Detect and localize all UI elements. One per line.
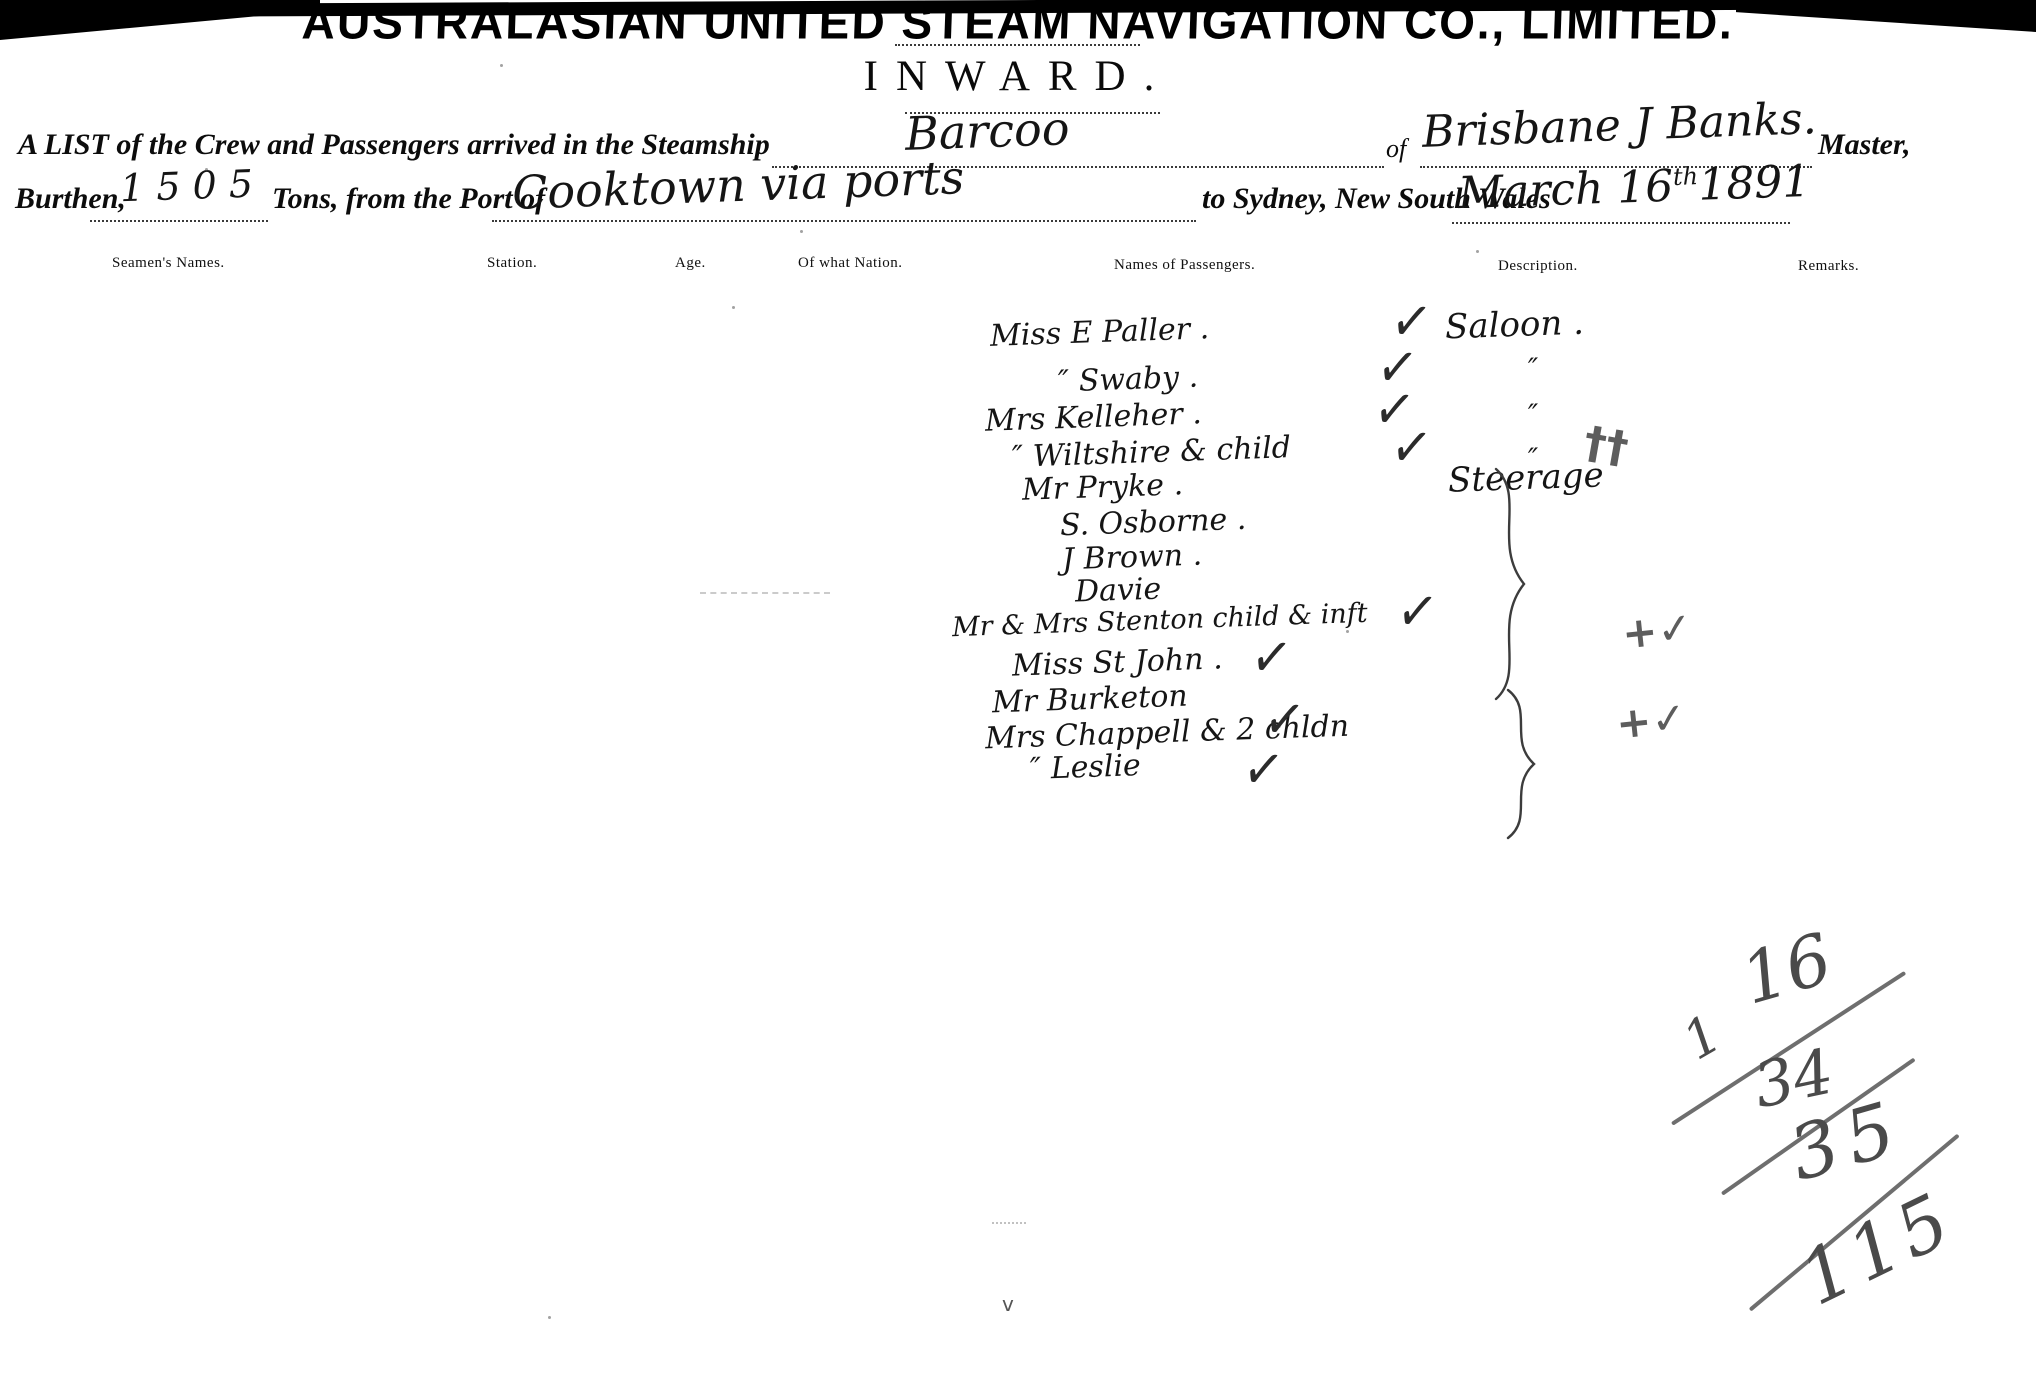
pencil-mark: +✓	[1620, 602, 1695, 658]
passenger-name: Mr Pryke .	[1021, 467, 1183, 508]
grouping-brace-lower	[1498, 688, 1550, 840]
tonnage-value: 1 5 0 5	[119, 162, 253, 211]
arrival-date-value: March 16th1891	[1457, 156, 1811, 219]
date-year: 1891	[1697, 156, 1811, 211]
passenger-name: Davie	[1074, 572, 1161, 610]
col-remarks: Remarks.	[1798, 258, 1859, 275]
ditto-mark: ″	[1527, 352, 1539, 385]
tally-value: 115	[1787, 1175, 1968, 1322]
faint-erased-line	[700, 592, 830, 594]
tonnage-blank	[90, 220, 268, 222]
grouping-brace-steerage	[1482, 466, 1542, 702]
ship-manifest-document: AUSTRALASIAN UNITED STEAM NAVIGATION CO.…	[0, 0, 2036, 1384]
passenger-name: Mrs Kelleher .	[984, 396, 1202, 439]
cabin-class: Saloon .	[1444, 303, 1584, 348]
scan-speck	[548, 1316, 551, 1319]
ditto-mark: ″	[1527, 398, 1539, 431]
col-station: Station.	[487, 255, 537, 272]
passenger-name: ″ Swaby .	[1057, 360, 1198, 400]
master-label: Master,	[1818, 128, 1911, 162]
tally-value: 16	[1732, 917, 1840, 1020]
tons-from-port-label: Tons, from the Port of	[272, 182, 545, 216]
passenger-name: S. Osborne .	[1059, 502, 1246, 543]
passenger-name: Miss St John .	[1011, 641, 1223, 683]
registry-master-value: Brisbane J Banks.	[1421, 93, 1817, 158]
page-title: INWARD.	[0, 52, 2036, 101]
passenger-name: ″ Leslie	[1029, 748, 1141, 787]
origin-port-blank	[492, 220, 1196, 222]
of-label: of	[1386, 134, 1406, 164]
col-description: Description.	[1498, 258, 1578, 275]
passenger-name: Mr & Mrs Stenton child & inft	[952, 598, 1369, 643]
tally-lead: 1	[1673, 1004, 1732, 1073]
col-of-what-nation: Of what Nation.	[798, 255, 903, 272]
scan-speck	[1476, 250, 1479, 253]
col-names-of-passengers: Names of Passengers.	[1114, 257, 1255, 274]
scan-speck	[500, 64, 503, 67]
col-age: Age.	[675, 255, 706, 272]
passenger-name: Miss E Paller .	[989, 311, 1209, 354]
scan-speck	[800, 230, 803, 233]
pencil-mark: ††	[1580, 417, 1632, 475]
col-seamens-names: Seamen's Names.	[112, 255, 225, 272]
passenger-name: J Brown .	[1061, 538, 1202, 578]
stray-pen-tick: v	[1002, 1292, 1014, 1316]
faint-dotted-mark	[992, 1222, 1026, 1224]
scan-speck	[732, 306, 735, 309]
date-blank	[1452, 222, 1790, 224]
scan-speck	[1346, 630, 1349, 633]
company-name: AUSTRALASIAN UNITED STEAM NAVIGATION CO.…	[0, 0, 2036, 50]
scan-speck	[205, 168, 208, 171]
passenger-name: Mr Burketon	[991, 679, 1188, 721]
burthen-label: Burthen,	[15, 182, 126, 216]
list-intro-label: A LIST of the Crew and Passengers arrive…	[18, 128, 770, 162]
date-day: March 16	[1457, 161, 1674, 219]
rule-above-title	[895, 44, 1140, 46]
pencil-mark: +✓	[1614, 692, 1689, 748]
check-mark: ✓	[1392, 574, 1442, 647]
date-ordinal: th	[1672, 162, 1698, 191]
